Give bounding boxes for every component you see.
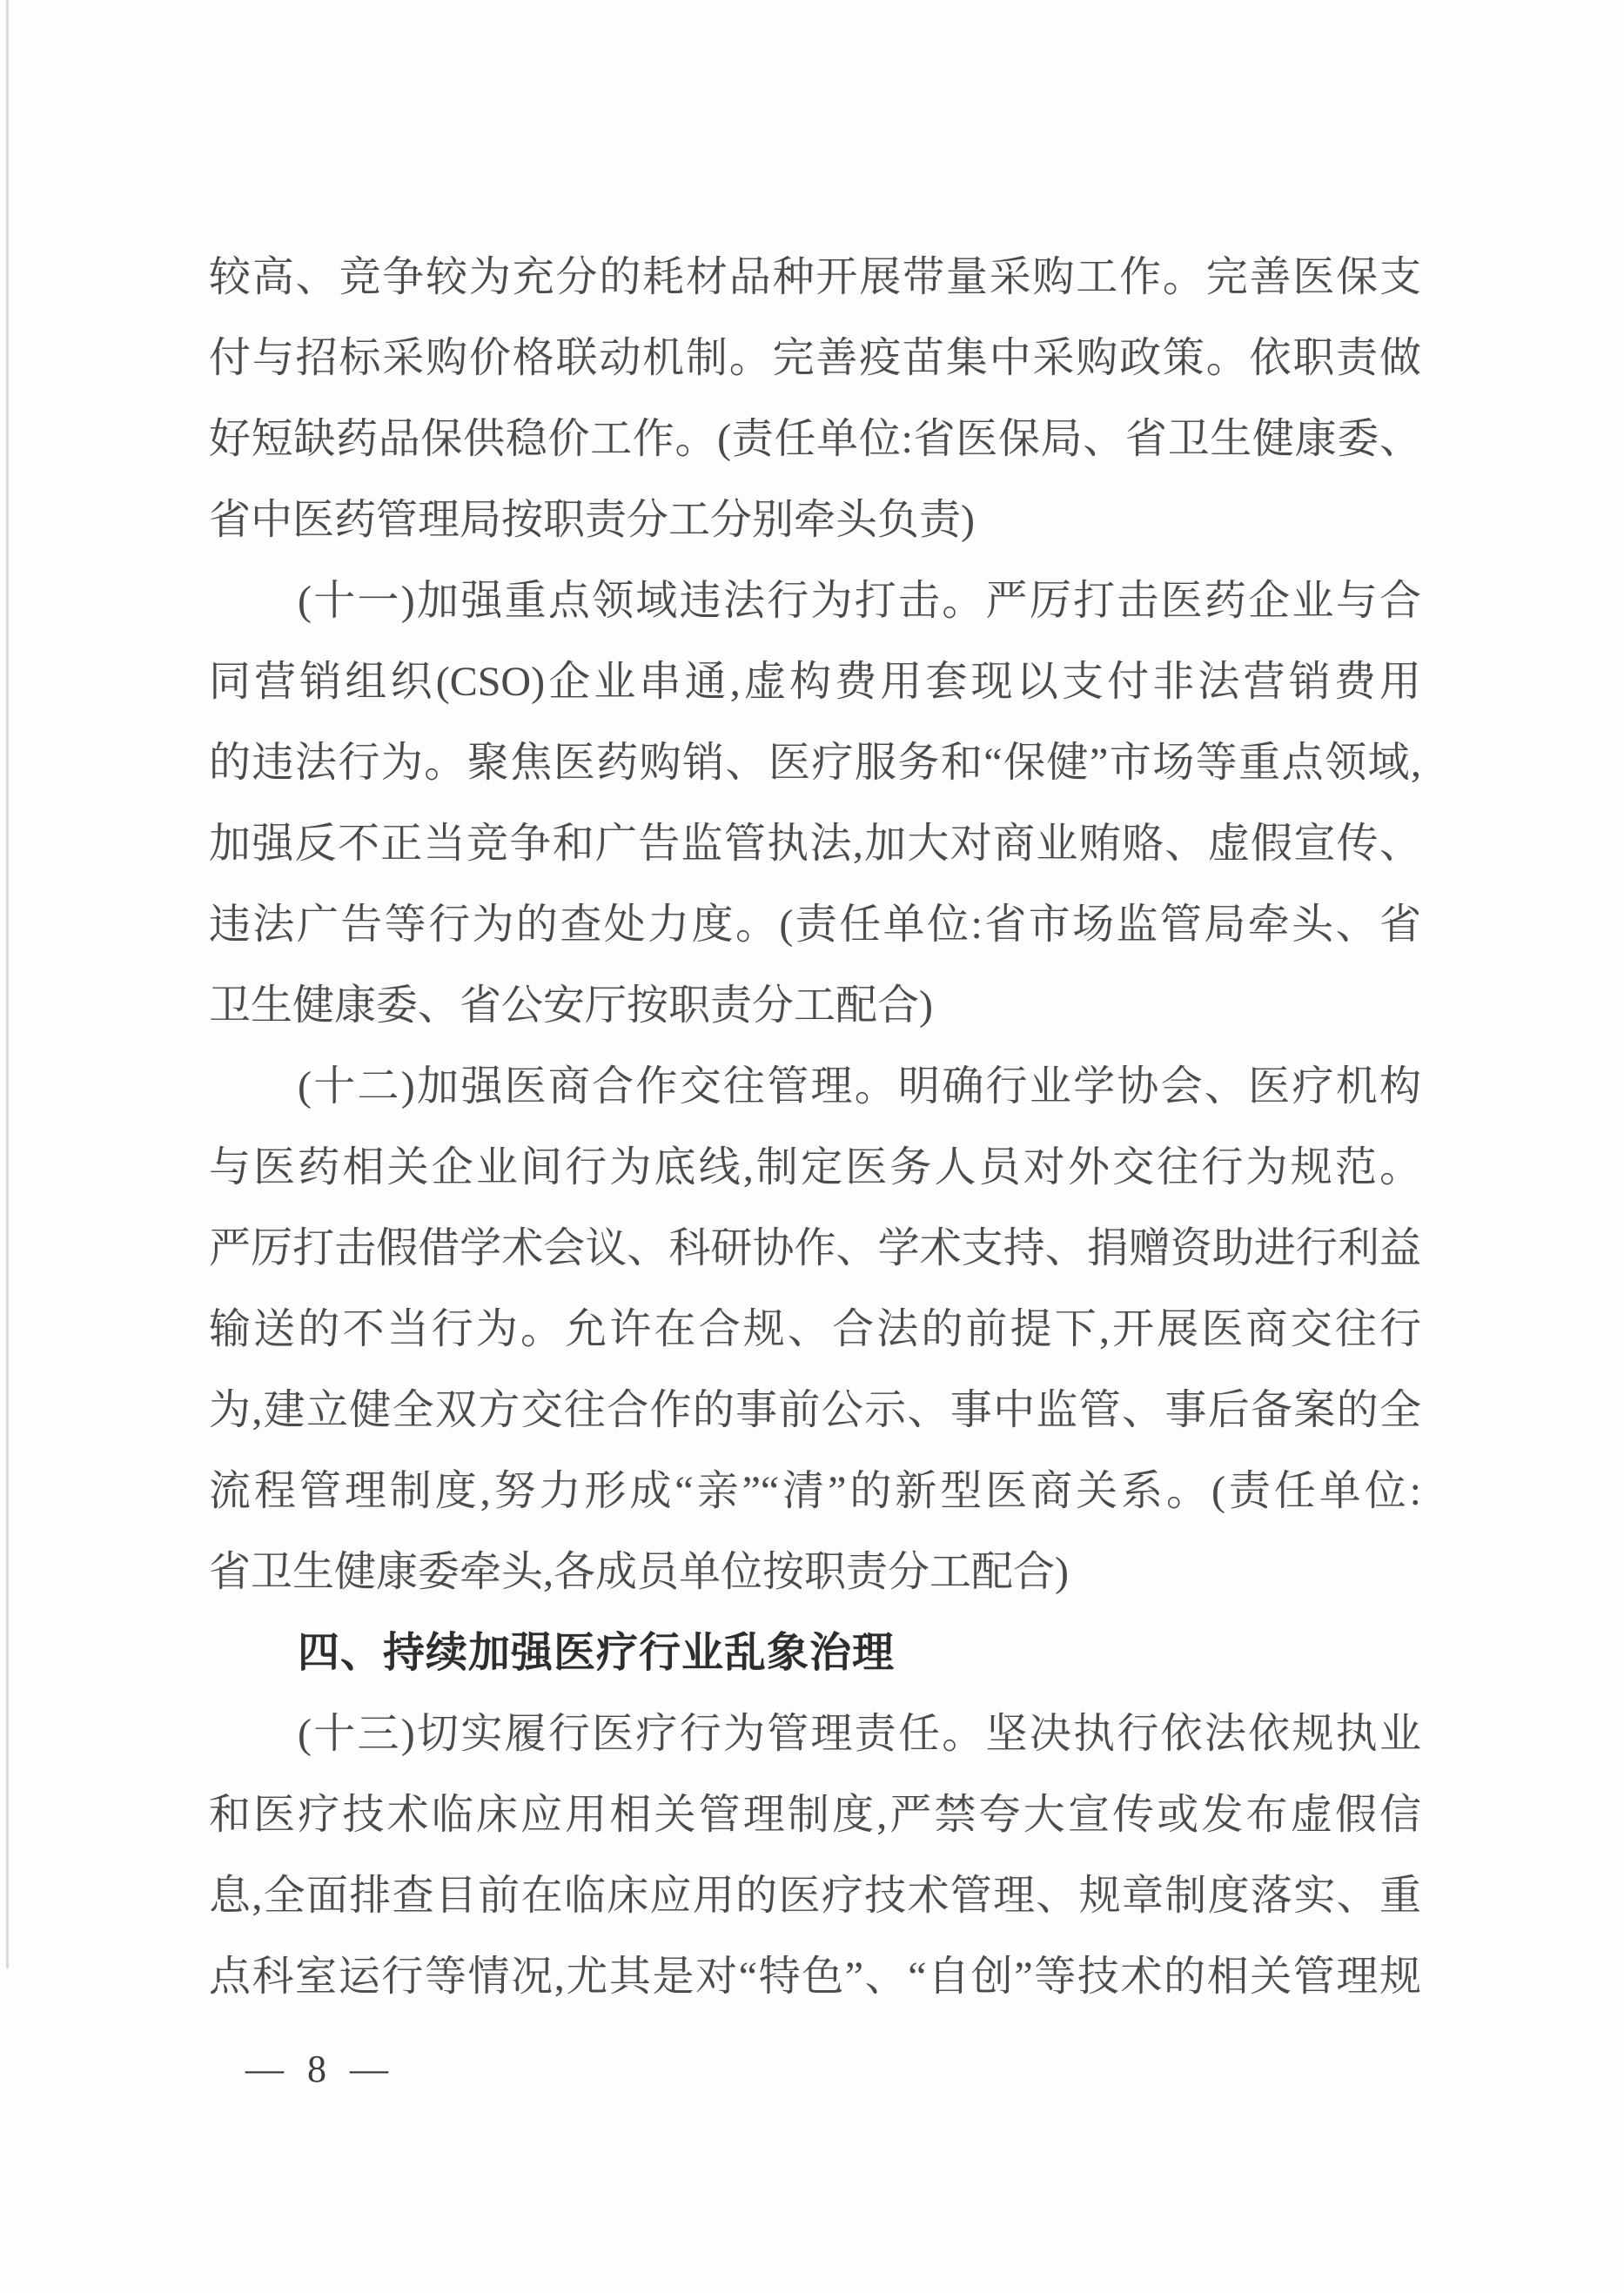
text-line: 的违法行为。聚焦医药购销、医疗服务和“保健”市场等重点领域, <box>209 722 1421 803</box>
text-line: 输送的不当行为。允许在合规、合法的前提下,开展医商交往行 <box>209 1289 1421 1370</box>
text-line: 为,建立健全双方交往合作的事前公示、事中监管、事后备案的全 <box>209 1370 1421 1451</box>
text-line: (十三)切实履行医疗行为管理责任。坚决执行依法依规执业 <box>209 1693 1421 1774</box>
text-line: 好短缺药品保供稳价工作。(责任单位:省医保局、省卫生健康委、 <box>209 399 1421 479</box>
document-body: 较高、竞争较为充分的耗材品种开展带量采购工作。完善医保支 付与招标采购价格联动机… <box>209 237 1421 2017</box>
page-number: — 8 — <box>245 2030 395 2109</box>
text-line: 与医药相关企业间行为底线,制定医务人员对外交往行为规范。 <box>209 1127 1421 1208</box>
text-line: 加强反不正当竞争和广告监管执法,加大对商业贿赂、虚假宣传、 <box>209 803 1421 884</box>
document-page: 较高、竞争较为充分的耗材品种开展带量采购工作。完善医保支 付与招标采购价格联动机… <box>0 0 1624 2293</box>
text-line: 省中医药管理局按职责分工分别牵头负责) <box>209 479 1421 560</box>
text-line: 流程管理制度,努力形成“亲”“清”的新型医商关系。(责任单位: <box>209 1451 1421 1532</box>
text-line: 点科室运行等情况,尤其是对“特色”、“自创”等技术的相关管理规 <box>209 1936 1421 2017</box>
text-line: 同营销组织(CSO)企业串通,虚构费用套现以支付非法营销费用 <box>209 641 1421 722</box>
text-line: 较高、竞争较为充分的耗材品种开展带量采购工作。完善医保支 <box>209 237 1421 318</box>
text-line: 严厉打击假借学术会议、科研协作、学术支持、捐赠资助进行利益 <box>209 1208 1421 1289</box>
text-line: 卫生健康委、省公安厅按职责分工配合) <box>209 965 1421 1046</box>
text-line: 和医疗技术临床应用相关管理制度,严禁夸大宣传或发布虚假信 <box>209 1774 1421 1855</box>
scan-edge-artifact <box>6 0 9 1968</box>
text-line: 付与招标采购价格联动机制。完善疫苗集中采购政策。依职责做 <box>209 318 1421 399</box>
section-heading: 四、持续加强医疗行业乱象治理 <box>209 1612 1421 1693</box>
text-line: 息,全面排查目前在临床应用的医疗技术管理、规章制度落实、重 <box>209 1855 1421 1936</box>
text-line: (十二)加强医商合作交往管理。明确行业学协会、医疗机构 <box>209 1046 1421 1127</box>
text-line: 违法广告等行为的查处力度。(责任单位:省市场监管局牵头、省 <box>209 884 1421 965</box>
text-line: 省卫生健康委牵头,各成员单位按职责分工配合) <box>209 1532 1421 1612</box>
text-line: (十一)加强重点领域违法行为打击。严厉打击医药企业与合 <box>209 560 1421 641</box>
